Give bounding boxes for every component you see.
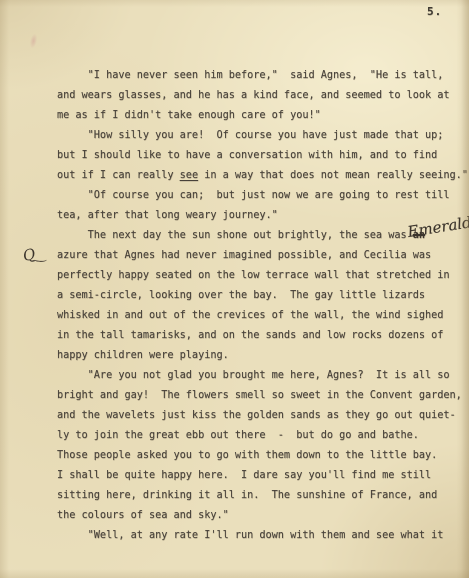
line-segment: out if I can really [57,170,180,181]
text-line: I shall be quite happy here. I dare say … [57,466,469,486]
text-line: whisked in and out of the crevices of th… [57,306,469,326]
text-line: a semi-circle, looking over the bay. The… [57,286,469,306]
text-line: perfectly happy seated on the low terrac… [57,266,469,286]
text-line: happy children were playing. [57,346,469,366]
text-line: sitting here, drinking it all in. The su… [57,486,469,506]
text-line: and the wavelets just kiss the golden sa… [57,406,469,426]
line-segment: The next day the sun shone out brightly,… [57,230,413,241]
underlined-word: see [180,170,198,181]
text-line: "Well, at any rate I'll run down with th… [57,526,469,546]
text-line: and wears glasses, and he has a kind fac… [57,86,469,106]
text-line: in the tall tamarisks, and on the sands … [57,326,469,346]
text-line: "Of course you can; but just now we are … [57,186,469,206]
typewritten-text-block: "I have never seen him before," said Agn… [0,66,469,546]
text-line: "How silly you are! Of course you have j… [57,126,469,146]
text-line: "I have never seen him before," said Agn… [57,66,469,86]
text-line: the colours of sea and sky." [57,506,469,526]
text-line: "Are you not glad you brought me here, A… [57,366,469,386]
text-line: azure that Agnes had never imagined poss… [57,246,469,266]
text-line: ly to join the great ebb out there - but… [57,426,469,446]
line-segment: in a way that does not mean really seein… [198,170,468,181]
manuscript-page: 5. "I have never seen him before," said … [0,0,469,578]
text-line-with-underline: out if I can really see in a way that do… [57,166,469,186]
text-line: me as if I didn't take enough care of yo… [57,106,469,126]
text-line: Those people asked you to go with them d… [57,446,469,466]
text-line: but I should like to have a conversation… [57,146,469,166]
ink-smudge [27,30,40,51]
text-line: bright and gay! The flowers smell so swe… [57,386,469,406]
page-number: 5. [427,5,442,18]
